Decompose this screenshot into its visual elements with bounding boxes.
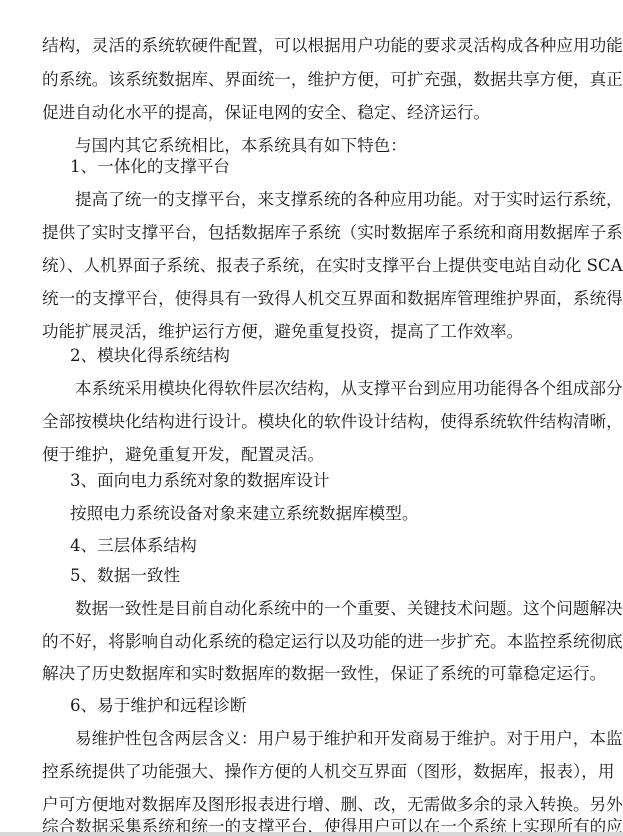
paragraph-line: 控系统提供了功能强大、操作方便的人机交互界面（图形，数据库，报表），用 [42, 762, 602, 782]
section-heading-3: 3、面向电力系统对象的数据库设计 [70, 471, 602, 491]
paragraph-line: 统）、人机界面子系统、报表子系统，在实时支撑平台上提供变电站自动化 SCADA。 [42, 256, 602, 276]
paragraph-line: 与国内其它系统相比，本系统具有如下特色： [75, 136, 602, 156]
paragraph-line: 本系统采用模块化得软件层次结构，从支撑平台到应用功能得各个组成部分， [75, 379, 602, 399]
paragraph-line: 的不好，将影响自动化系统的稳定运行以及功能的进一步扩充。本监控系统彻底 [42, 632, 602, 652]
paragraph-line: 提供了实时支撑平台，包括数据库子系统（实时数据库子系统和商用数据库子系 [42, 223, 602, 243]
paragraph-line: 按照电力系统设备对象来建立系统数据库模型。 [70, 504, 602, 524]
paragraph-line: 提高了统一的支撑平台，来支撑系统的各种应用功能。对于实时运行系统， [75, 190, 602, 210]
paragraph-line: 全部按模块化结构进行设计。模块化的软件设计结构，使得系统软件结构清晰， [42, 412, 602, 432]
section-heading-2: 2、模块化得系统结构 [70, 346, 602, 366]
paragraph-line: 功能扩展灵活，维护运行方便，避免重复投资，提高了工作效率。 [42, 322, 602, 342]
section-heading-6: 6、易于维护和远程诊断 [70, 696, 602, 716]
document-page: 结构，灵活的系统软硬件配置，可以根据用户功能的要求灵活构成各种应用功能 的系统。… [0, 0, 623, 836]
section-heading-4: 4、三层体系结构 [70, 536, 602, 556]
paragraph-line: 便于维护，避免重复开发，配置灵活。 [42, 445, 602, 465]
paragraph-line: 户可方便地对数据库及图形报表进行增、删、改，无需做多余的录入转换。另外， [42, 795, 602, 815]
paragraph-line: 数据一致性是目前自动化系统中的一个重要、关键技术问题。这个问题解决 [75, 599, 602, 619]
paragraph-line: 统一的支撑平台，使得具有一致得人机交互界面和数据库管理维护界面，系统得 [42, 289, 602, 309]
paragraph-line: 易维护性包含两层含义：用户易于维护和开发商易于维护。对于用户，本监 [75, 729, 602, 749]
page-bottom-edge [0, 832, 623, 836]
paragraph-line: 解决了历史数据库和实时数据库的数据一致性，保证了系统的可靠稳定运行。 [42, 664, 602, 684]
paragraph-line: 促进自动化水平的提高，保证电网的安全、稳定、经济运行。 [42, 103, 602, 123]
paragraph-line: 结构，灵活的系统软硬件配置，可以根据用户功能的要求灵活构成各种应用功能 [42, 36, 602, 56]
paragraph-line: 的系统。该系统数据库、界面统一，维护方便，可扩充强，数据共享方便，真正 [42, 70, 602, 90]
section-heading-5: 5、数据一致性 [70, 566, 602, 586]
section-heading-1: 1、一体化的支撑平台 [70, 157, 602, 177]
